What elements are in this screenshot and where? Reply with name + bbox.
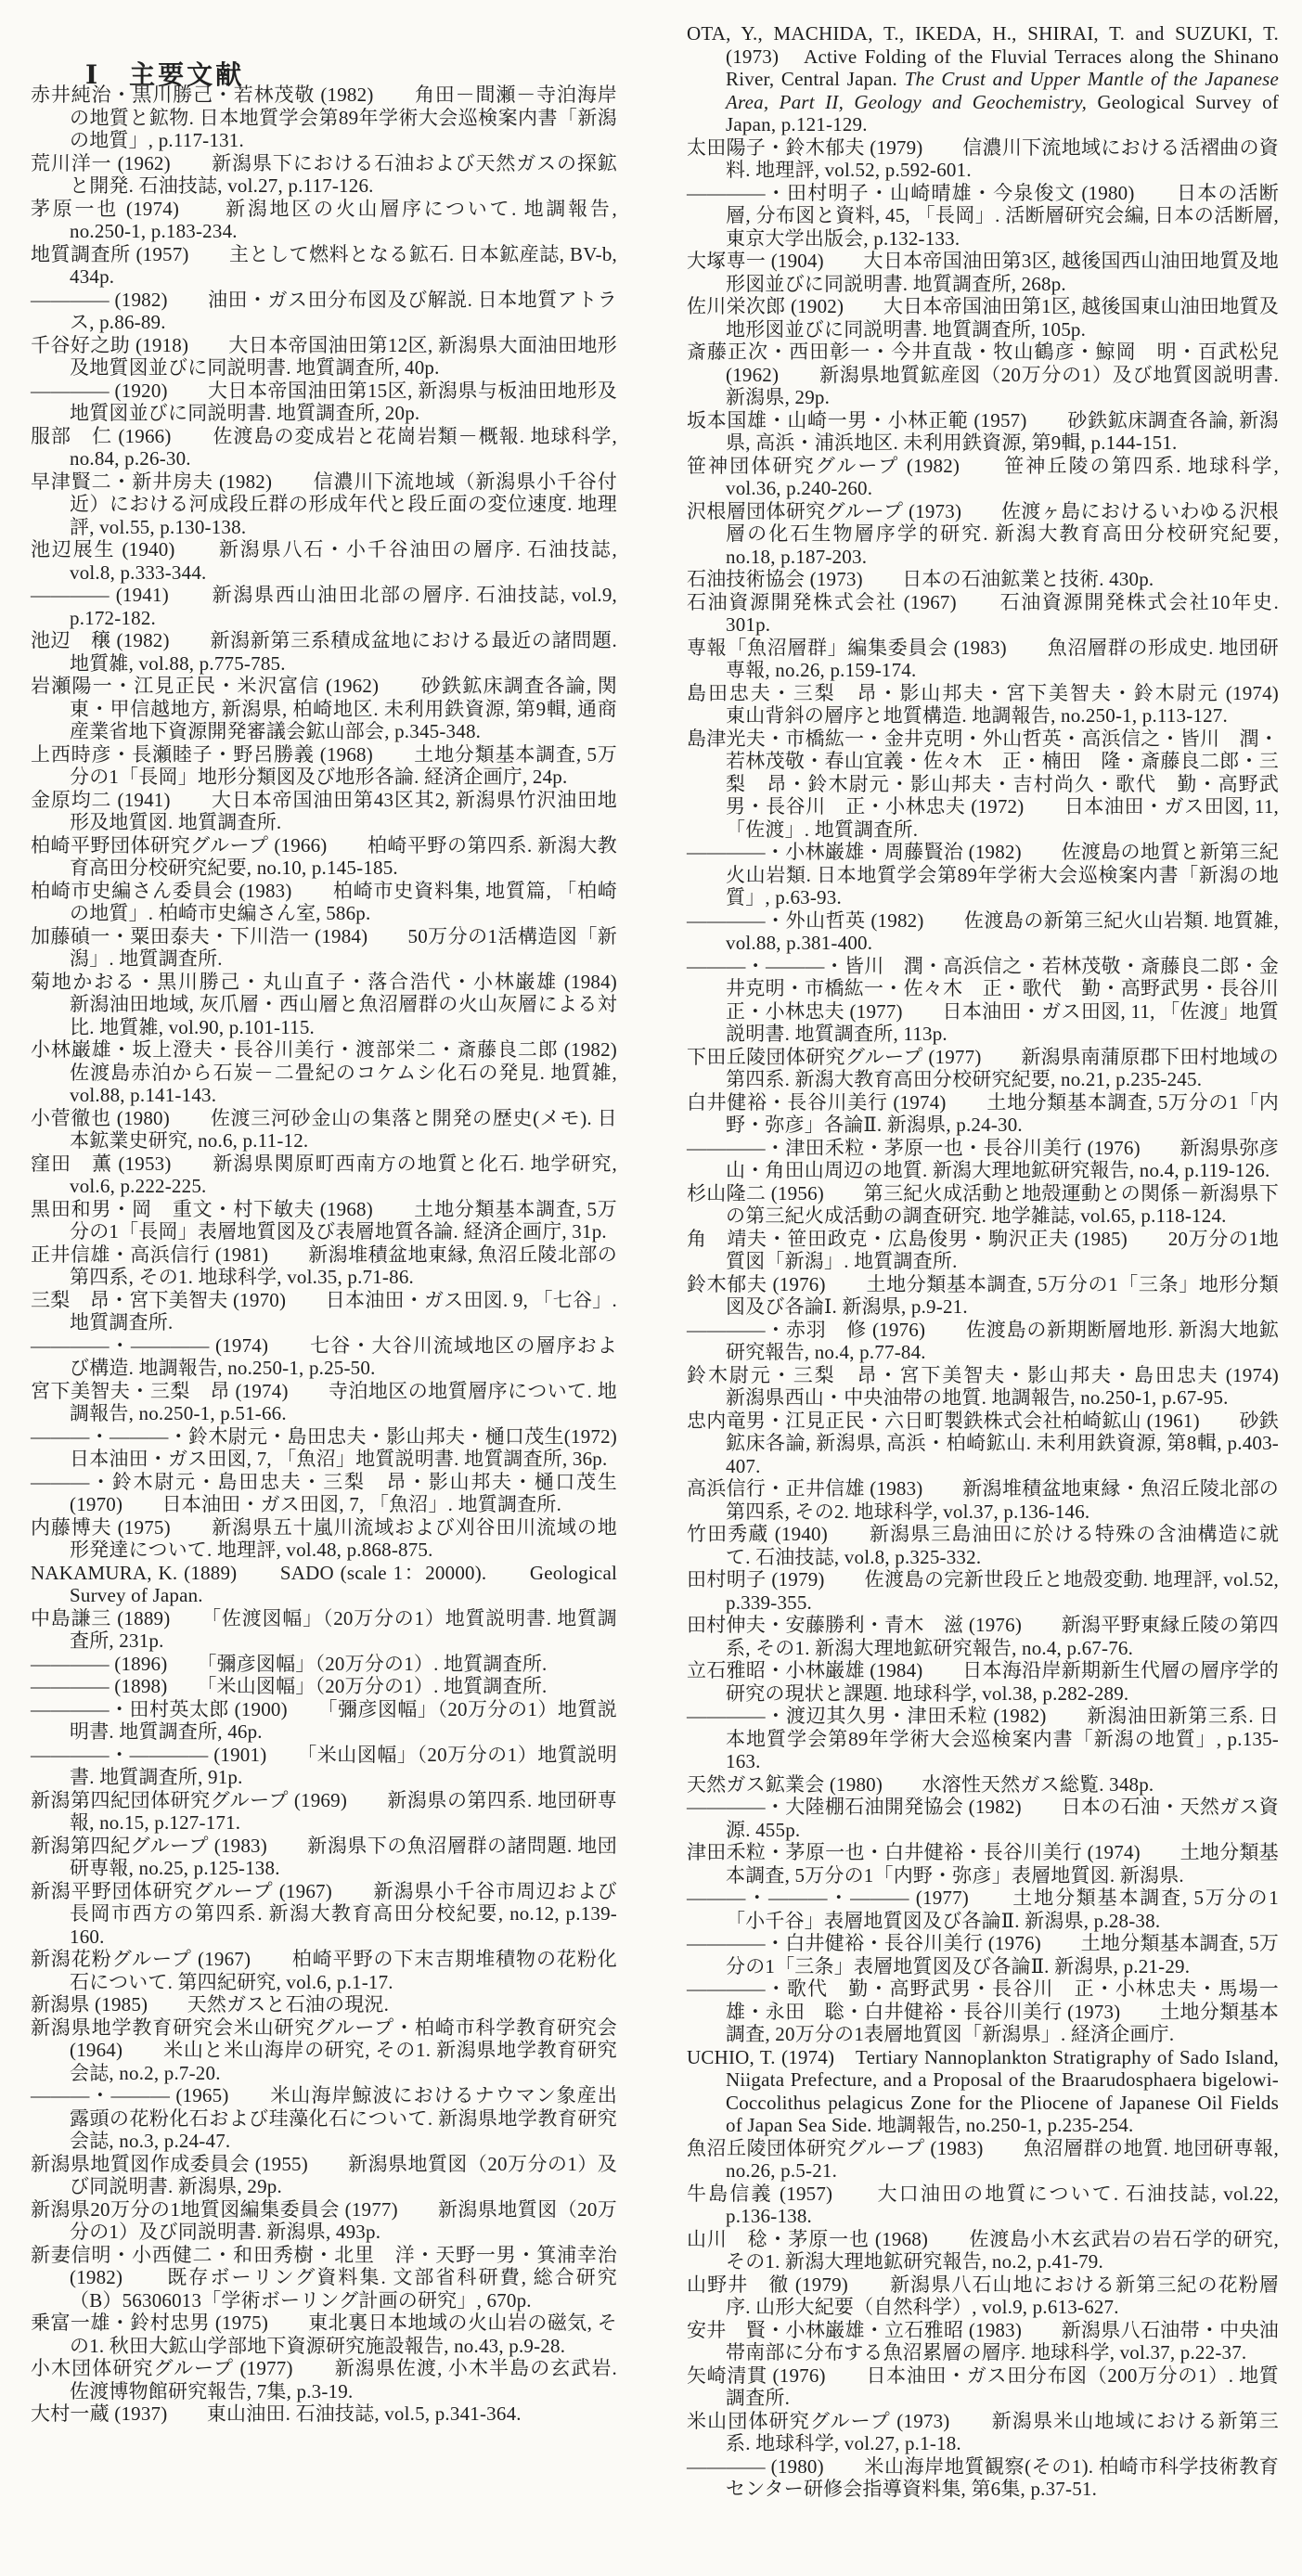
reference-text: 宮下美智夫・三梨 昂 (1974) 寺泊地区の地質層序について. 地調報告, n…: [31, 1380, 617, 1425]
reference-entry: 島田忠夫・三梨 昂・影山邦夫・宮下美智夫・鈴木尉元 (1974) 東山背斜の層序…: [687, 682, 1279, 728]
reference-text: 専報「魚沼層群」編集委員会 (1983) 魚沼層群の形成史. 地団研専報, no…: [687, 637, 1279, 682]
reference-entry: ―――― (1941) 新潟県西山油田北部の層序. 石油技誌, vol.9, p…: [31, 584, 617, 629]
reference-text: 田村伸夫・安藤勝利・青木 滋 (1976) 新潟平野東縁丘陵の第四系, その1.…: [687, 1614, 1279, 1659]
reference-text: ――――・田村英太郎 (1900) 「彌彦図幅」（20万分の1）地質説明書. 地…: [31, 1698, 617, 1744]
reference-entry: 津田禾粒・茅原一也・白井健裕・長谷川美行 (1974) 土地分類基本調査, 5万…: [687, 1841, 1279, 1887]
reference-text: ―――・―――・――― (1977) 土地分類基本調査, 5万分の1「小千谷」表…: [687, 1887, 1279, 1932]
reference-text: 菊地かおる・黒川勝己・丸山直子・落合浩代・小林巌雄 (1984) 新潟油田地域,…: [31, 971, 656, 1038]
reference-text: 加藤碵一・粟田泰夫・下川浩一 (1984) 50万分の1活構造図「新潟」. 地質…: [31, 925, 617, 971]
reference-entry: 大村一蔵 (1937) 東山油田. 石油技誌, vol.5, p.341-364…: [31, 2402, 617, 2426]
reference-entry: ―――・―――・鈴木尉元・島田忠夫・影山邦夫・樋口茂生(1972) 日本油田・ガ…: [31, 1425, 617, 1471]
reference-entry: 高浜信行・正井信雄 (1983) 新潟堆積盆地東縁・魚沼丘陵北部の第四系, その…: [687, 1477, 1279, 1523]
reference-text: 小菅徹也 (1980) 佐渡三河砂金山の集落と開発の歴史(メモ). 日本鉱業史研…: [31, 1107, 617, 1153]
reference-text: 地質調査所 (1957) 主として燃料となる鉱石. 日本鉱産誌, BV-b, 4…: [31, 243, 617, 289]
reference-text: 新潟県地学教育研究会米山研究グループ・柏崎市科学教育研究会(1964) 米山と米…: [31, 2016, 617, 2084]
reference-text: 新潟花粉グループ (1967) 柏崎平野の下末吉期堆積物の花粉化石について. 第…: [31, 1948, 617, 1993]
reference-entry: ―――― (1920) 大日本帝国油田第15区, 新潟県与板油田地形及地質図並び…: [31, 380, 617, 425]
reference-entry: 山野井 徹 (1979) 新潟県八石山地における新第三紀の花粉層序. 山形大紀要…: [687, 2273, 1279, 2319]
reference-entry: 新潟県20万分の1地質図編集委員会 (1977) 新潟県地質図（20万分の1）及…: [31, 2198, 617, 2244]
reference-entry: 新潟県 (1985) 天然ガスと石油の現況.: [31, 1993, 617, 2016]
references-left-column: 赤井純治・黒川勝己・若林茂敬 (1982) 角田－間瀬－寺泊海岸の地質と鉱物. …: [31, 84, 617, 2426]
reference-entry: 島津光夫・市橋紘一・金井克明・外山哲英・高浜信之・皆川 潤・若林茂敬・春山宜義・…: [687, 728, 1279, 842]
reference-entry: ――――・―――― (1901) 「米山図幅」（20万分の1）地質説明書. 地質…: [31, 1744, 617, 1789]
reference-entry: ―――― (1896) 「彌彦図幅」（20万分の1）. 地質調査所.: [31, 1653, 617, 1676]
reference-text: 牛島信義 (1957) 大口油田の地質について. 石油技誌, vol.22, p…: [687, 2183, 1279, 2228]
reference-entry: 新妻信明・小西健二・和田秀樹・北里 洋・天野一男・箕浦幸治(1982) 既存ボー…: [31, 2244, 617, 2312]
reference-text: 小林巌雄・坂上澄夫・長谷川美行・渡部栄二・斎藤良二郎 (1982) 佐渡島赤泊か…: [31, 1038, 656, 1106]
reference-text: 新潟県 (1985) 天然ガスと石油の現況.: [31, 1993, 389, 2016]
reference-text: 池辺展生 (1940) 新潟県八石・小千谷油田の層序. 石油技誌, vol.8,…: [31, 538, 617, 584]
reference-entry: 三梨 昂・宮下美智夫 (1970) 日本油田・ガス田図. 9, 「七谷」. 地質…: [31, 1289, 617, 1334]
reference-entry: 柏崎平野団体研究グループ (1966) 柏崎平野の第四系. 新潟大教育高田分校研…: [31, 834, 617, 880]
reference-text: 池辺 穣 (1982) 新潟新第三系積成盆地における最近の諸問題. 地質雑, v…: [31, 629, 617, 675]
reference-text: 高浜信行・正井信雄 (1983) 新潟堆積盆地東縁・魚沼丘陵北部の第四系, その…: [687, 1477, 1279, 1523]
reference-entry: 鈴木尉元・三梨 昂・宮下美智夫・影山邦夫・島田忠夫 (1974) 新潟県西山・中…: [687, 1364, 1279, 1410]
reference-text: ――――・渡辺其久男・津田禾粒 (1982) 新潟油田新第三系. 日本地質学会第…: [687, 1705, 1279, 1772]
references-right-column: OTA, Y., MACHIDA, T., IKEDA, H., SHIRAI,…: [687, 22, 1279, 2501]
reference-text: ―――― (1982) 油田・ガス田分布図及び解説. 日本地質アトラス, p.8…: [31, 289, 617, 334]
reference-entry: 立石雅昭・小林巌雄 (1984) 日本海沿岸新期新生代層の層序学的研究の現状と課…: [687, 1659, 1279, 1705]
reference-text: 山川 稔・茅原一也 (1968) 佐渡島小木玄武岩の岩石学的研究, その1. 新…: [687, 2228, 1279, 2273]
reference-entry: ―――― (1898) 「米山図幅」（20万分の1）. 地質調査所.: [31, 1675, 617, 1698]
reference-entry: 柏崎市史編さん委員会 (1983) 柏崎市史資料集, 地質篇, 「柏崎の地質」.…: [31, 880, 617, 925]
reference-entry: 荒川洋一 (1962) 新潟県下における石油および天然ガスの探鉱と開発. 石油技…: [31, 152, 617, 198]
reference-text: 坂本国雄・山崎一男・小林正範 (1957) 砂鉄鉱床調査各論, 新潟県, 高浜・…: [687, 409, 1279, 455]
reference-entry: 池辺 穣 (1982) 新潟新第三系積成盆地における最近の諸問題. 地質雑, v…: [31, 629, 617, 675]
reference-text: 正井信雄・高浜信行 (1981) 新潟堆積盆地東縁, 魚沼丘陵北部の第四系, そ…: [31, 1243, 617, 1289]
reference-entry: 専報「魚沼層群」編集委員会 (1983) 魚沼層群の形成史. 地団研専報, no…: [687, 637, 1279, 682]
reference-text: ―――― (1920) 大日本帝国油田第15区, 新潟県与板油田地形及地質図並び…: [31, 380, 617, 425]
reference-text: 岩瀬陽一・江見正民・米沢富信 (1962) 砂鉄鉱床調査各論, 関東・甲信越地方…: [31, 675, 617, 742]
reference-text: 米山団体研究グループ (1973) 新潟県米山地域における新第三系. 地球科学,…: [687, 2410, 1279, 2455]
reference-text: 石油資源開発株式会社 (1967) 石油資源開発株式会社10年史. 301p.: [687, 591, 1279, 637]
reference-entry: 山川 稔・茅原一也 (1968) 佐渡島小木玄武岩の岩石学的研究, その1. 新…: [687, 2228, 1279, 2273]
reference-entry: 太田陽子・鈴木郁夫 (1979) 信濃川下流地域における活褶曲の資料. 地理評,…: [687, 136, 1279, 182]
reference-entry: 宮下美智夫・三梨 昂 (1974) 寺泊地区の地質層序について. 地調報告, n…: [31, 1380, 617, 1425]
reference-entry: 米山団体研究グループ (1973) 新潟県米山地域における新第三系. 地球科学,…: [687, 2410, 1279, 2455]
reference-text: 魚沼丘陵団体研究グループ (1983) 魚沼層群の地質. 地団研専報, no.2…: [687, 2137, 1279, 2183]
reference-text: 石油技術協会 (1973) 日本の石油鉱業と技術. 430p.: [687, 568, 1154, 590]
reference-entry: 石油資源開発株式会社 (1967) 石油資源開発株式会社10年史. 301p.: [687, 591, 1279, 637]
reference-entry: 杉山隆二 (1956) 第三紀火成活動と地殻運動との関係－新潟県下の第三紀火成活…: [687, 1182, 1279, 1228]
reference-entry: ―――・鈴木尉元・島田忠夫・三梨 昂・影山邦夫・樋口茂生(1970) 日本油田・…: [31, 1471, 617, 1516]
reference-text: 斎藤正次・西田彰一・今井直哉・牧山鶴彦・鯨岡 明・百武松兒(1962) 新潟県地…: [687, 341, 1279, 408]
reference-entry: 白井健裕・長谷川美行 (1974) 土地分類基本調査, 5万分の1「内野・弥彦」…: [687, 1091, 1279, 1137]
reference-entry: 赤井純治・黒川勝己・若林茂敬 (1982) 角田－間瀬－寺泊海岸の地質と鉱物. …: [31, 84, 617, 152]
reference-text: ―――― (1980) 米山海岸地質観察(その1). 柏崎市科学技術教育センター…: [687, 2455, 1279, 2501]
reference-entry: 地質調査所 (1957) 主として燃料となる鉱石. 日本鉱産誌, BV-b, 4…: [31, 243, 617, 289]
reference-text: ―――・―――・皆川 潤・高浜信之・若林茂敬・斎藤良二郎・金井克明・市橋紘一・佐…: [687, 955, 1298, 1046]
reference-text: 服部 仁 (1966) 佐渡島の変成岩と花崗岩類－概報. 地球科学, no.84…: [31, 425, 617, 470]
reference-entry: 菊地かおる・黒川勝己・丸山直子・落合浩代・小林巌雄 (1984) 新潟油田地域,…: [31, 971, 617, 1039]
reference-text: 下田丘陵団体研究グループ (1977) 新潟県南蒲原郡下田村地域の第四系. 新潟…: [687, 1046, 1279, 1091]
reference-text: ――――・田村明子・山崎晴雄・今泉俊文 (1980) 日本の活断層, 分布図と資…: [687, 182, 1279, 250]
reference-text: 早津賢二・新井房夫 (1982) 信濃川下流地域（新潟県小千谷付近）における河成…: [31, 470, 617, 538]
reference-text: 白井健裕・長谷川美行 (1974) 土地分類基本調査, 5万分の1「内野・弥彦」…: [687, 1091, 1279, 1137]
reference-entry: NAKAMURA, K. (1889) SADO (scale 1：20000)…: [31, 1562, 617, 1607]
reference-text: 安井 賢・小林巌雄・立石雅昭 (1983) 新潟県八石油帯・中央油帯南部に分布す…: [687, 2319, 1279, 2364]
reference-entry: 上西時彦・長瀬睦子・野呂勝義 (1968) 土地分類基本調査, 5万分の1「長岡…: [31, 743, 617, 789]
reference-entry: 大塚専一 (1904) 大日本帝国油田第3区, 越後国西山油田地質及地形図並びに…: [687, 250, 1279, 295]
reference-text: 柏崎平野団体研究グループ (1966) 柏崎平野の第四系. 新潟大教育高田分校研…: [31, 834, 617, 880]
reference-text: UCHIO, T. (1974) Tertiary Nannoplankton …: [687, 2046, 1279, 2137]
reference-entry: 乗富一雄・鈴村忠男 (1975) 東北裏日本地域の火山岩の磁気, その1. 秋田…: [31, 2312, 617, 2357]
reference-text: ――――・―――― (1901) 「米山図幅」（20万分の1）地質説明書. 地質…: [31, 1744, 617, 1789]
reference-entry: 竹田秀蔵 (1940) 新潟県三島油田に於ける特殊の含油構造に就て. 石油技誌,…: [687, 1523, 1279, 1568]
bibliography-page: Ⅰ 主要文献 赤井純治・黒川勝己・若林茂敬 (1982) 角田－間瀬－寺泊海岸の…: [0, 0, 1302, 2576]
reference-entry: 池辺展生 (1940) 新潟県八石・小千谷油田の層序. 石油技誌, vol.8,…: [31, 538, 617, 584]
reference-text: ――――・津田禾粒・茅原一也・長谷川美行 (1976) 新潟県弥彦山・角田山周辺…: [687, 1137, 1279, 1182]
reference-entry: ――――・田村明子・山崎晴雄・今泉俊文 (1980) 日本の活断層, 分布図と資…: [687, 182, 1279, 251]
reference-entry: UCHIO, T. (1974) Tertiary Nannoplankton …: [687, 2046, 1279, 2137]
reference-text: ――――・小林巌雄・周藤賢治 (1982) 佐渡島の地質と新第三紀火山岩類. 日…: [687, 841, 1279, 908]
reference-entry: 正井信雄・高浜信行 (1981) 新潟堆積盆地東縁, 魚沼丘陵北部の第四系, そ…: [31, 1243, 617, 1289]
reference-entry: 忠内竜男・江見正民・六日町製鉄株式会社柏崎鉱山 (1961) 砂鉄鉱床各論, 新…: [687, 1410, 1279, 1478]
reference-text: 黒田和男・岡 重文・村下敏夫 (1968) 土地分類基本調査, 5万分の1「長岡…: [31, 1198, 617, 1243]
reference-text: 立石雅昭・小林巌雄 (1984) 日本海沿岸新期新生代層の層序学的研究の現状と課…: [687, 1659, 1279, 1705]
reference-text: 茅原一也 (1974) 新潟地区の火山層序について. 地調報告, no.250-…: [31, 198, 617, 243]
reference-text: 新妻信明・小西健二・和田秀樹・北里 洋・天野一男・箕浦幸治(1982) 既存ボー…: [31, 2244, 617, 2312]
reference-text: 忠内竜男・江見正民・六日町製鉄株式会社柏崎鉱山 (1961) 砂鉄鉱床各論, 新…: [687, 1410, 1279, 1477]
reference-entry: 新潟平野団体研究グループ (1967) 新潟県小千谷市周辺および長岡市西方の第四…: [31, 1880, 617, 1949]
reference-text: 赤井純治・黒川勝己・若林茂敬 (1982) 角田－間瀬－寺泊海岸の地質と鉱物. …: [31, 84, 617, 151]
reference-text: ――――・歌代 勤・高野武男・長谷川 正・小林忠夫・馬場一雄・永田 聡・白井健裕…: [687, 1977, 1279, 2045]
reference-entry: 鈴木郁夫 (1976) 土地分類基本調査, 5万分の1「三条」地形分類図及び各論…: [687, 1273, 1279, 1319]
reference-entry: ――――・大陸棚石油開発協会 (1982) 日本の石油・天然ガス資源. 455p…: [687, 1796, 1279, 1841]
reference-entry: 新潟第四紀団体研究グループ (1969) 新潟県の第四系. 地団研専報, no.…: [31, 1789, 617, 1835]
reference-text: 笹神団体研究グループ (1982) 笹神丘陵の第四系. 地球科学, vol.36…: [687, 455, 1279, 500]
reference-text: 金原均二 (1941) 大日本帝国油田第43区其2, 新潟県竹沢油田地形及地質図…: [31, 789, 617, 834]
reference-text: ―――― (1898) 「米山図幅」（20万分の1）. 地質調査所.: [31, 1675, 548, 1697]
reference-text: 田村明子 (1979) 佐渡島の完新世段丘と地殻変動. 地理評, vol.52,…: [687, 1568, 1279, 1614]
reference-entry: ―――― (1982) 油田・ガス田分布図及び解説. 日本地質アトラス, p.8…: [31, 289, 617, 334]
reference-entry: ――――・赤羽 修 (1976) 佐渡島の新期断層地形. 新潟大地鉱研究報告, …: [687, 1319, 1279, 1364]
reference-text: 新潟第四紀グループ (1983) 新潟県下の魚沼層群の諸問題. 地団研専報, n…: [31, 1835, 617, 1880]
reference-text: 沢根層団体研究グループ (1973) 佐渡ヶ島におけるいわゆる沢根層の化石生物層…: [687, 500, 1279, 568]
reference-entry: 茅原一也 (1974) 新潟地区の火山層序について. 地調報告, no.250-…: [31, 198, 617, 243]
reference-entry: OTA, Y., MACHIDA, T., IKEDA, H., SHIRAI,…: [687, 22, 1279, 136]
reference-entry: 早津賢二・新井房夫 (1982) 信濃川下流地域（新潟県小千谷付近）における河成…: [31, 470, 617, 539]
reference-entry: 安井 賢・小林巌雄・立石雅昭 (1983) 新潟県八石油帯・中央油帯南部に分布す…: [687, 2319, 1279, 2364]
reference-text: 千谷好之助 (1918) 大日本帝国油田第12区, 新潟県大面油田地形及地質図並…: [31, 334, 617, 380]
reference-entry: 服部 仁 (1966) 佐渡島の変成岩と花崗岩類－概報. 地球科学, no.84…: [31, 425, 617, 470]
reference-text: ―――― (1896) 「彌彦図幅」（20万分の1）. 地質調査所.: [31, 1653, 548, 1675]
reference-text: ―――・鈴木尉元・島田忠夫・三梨 昂・影山邦夫・樋口茂生(1970) 日本油田・…: [31, 1471, 617, 1516]
reference-entry: ――――・外山哲英 (1982) 佐渡島の新第三紀火山岩類. 地質雑, vol.…: [687, 909, 1279, 955]
reference-entry: 矢崎清貫 (1976) 日本油田・ガス田分布図（200万分の1）. 地質調査所.: [687, 2364, 1279, 2410]
reference-entry: ――――・津田禾粒・茅原一也・長谷川美行 (1976) 新潟県弥彦山・角田山周辺…: [687, 1137, 1279, 1182]
reference-entry: 新潟県地学教育研究会米山研究グループ・柏崎市科学教育研究会(1964) 米山と米…: [31, 2016, 617, 2085]
reference-text: NAKAMURA, K. (1889) SADO (scale 1：20000)…: [31, 1562, 617, 1607]
reference-entry: ――――・小林巌雄・周藤賢治 (1982) 佐渡島の地質と新第三紀火山岩類. 日…: [687, 841, 1279, 909]
reference-text: 乗富一雄・鈴村忠男 (1975) 東北裏日本地域の火山岩の磁気, その1. 秋田…: [31, 2312, 617, 2357]
reference-text: 新潟第四紀団体研究グループ (1969) 新潟県の第四系. 地団研専報, no.…: [31, 1789, 617, 1835]
reference-entry: 沢根層団体研究グループ (1973) 佐渡ヶ島におけるいわゆる沢根層の化石生物層…: [687, 500, 1279, 569]
reference-entry: 窪田 薫 (1953) 新潟県関原町西南方の地質と化石. 地学研究, vol.6…: [31, 1153, 617, 1198]
reference-entry: ――――・歌代 勤・高野武男・長谷川 正・小林忠夫・馬場一雄・永田 聡・白井健裕…: [687, 1977, 1279, 2046]
reference-entry: 岩瀬陽一・江見正民・米沢富信 (1962) 砂鉄鉱床調査各論, 関東・甲信越地方…: [31, 675, 617, 743]
reference-entry: 牛島信義 (1957) 大口油田の地質について. 石油技誌, vol.22, p…: [687, 2183, 1279, 2228]
reference-entry: 新潟第四紀グループ (1983) 新潟県下の魚沼層群の諸問題. 地団研専報, n…: [31, 1835, 617, 1880]
reference-entry: 金原均二 (1941) 大日本帝国油田第43区其2, 新潟県竹沢油田地形及地質図…: [31, 789, 617, 834]
reference-entry: 千谷好之助 (1918) 大日本帝国油田第12区, 新潟県大面油田地形及地質図並…: [31, 334, 617, 380]
reference-entry: 新潟県地質図作成委員会 (1955) 新潟県地質図（20万分の1）及び同説明書.…: [31, 2153, 617, 2198]
reference-text: 鈴木郁夫 (1976) 土地分類基本調査, 5万分の1「三条」地形分類図及び各論…: [687, 1273, 1279, 1319]
reference-text: 島津光夫・市橋紘一・金井克明・外山哲英・高浜信之・皆川 潤・若林茂敬・春山宜義・…: [687, 728, 1279, 841]
reference-text: 上西時彦・長瀬睦子・野呂勝義 (1968) 土地分類基本調査, 5万分の1「長岡…: [31, 743, 617, 789]
reference-entry: 石油技術協会 (1973) 日本の石油鉱業と技術. 430p.: [687, 568, 1279, 591]
reference-text: 三梨 昂・宮下美智夫 (1970) 日本油田・ガス田図. 9, 「七谷」. 地質…: [31, 1289, 617, 1334]
reference-entry: 天然ガス鉱業会 (1980) 水溶性天然ガス総覧. 348p.: [687, 1773, 1279, 1797]
reference-entry: 新潟花粉グループ (1967) 柏崎平野の下末吉期堆積物の花粉化石について. 第…: [31, 1948, 617, 1993]
reference-entry: ――――・白井健裕・長谷川美行 (1976) 土地分類基本調査, 5万分の1「三…: [687, 1932, 1279, 1977]
reference-entry: 小菅徹也 (1980) 佐渡三河砂金山の集落と開発の歴史(メモ). 日本鉱業史研…: [31, 1107, 617, 1153]
reference-text: 山野井 徹 (1979) 新潟県八石山地における新第三紀の花粉層序. 山形大紀要…: [687, 2273, 1279, 2319]
reference-text: ―――・――― (1965) 米山海岸鯨波におけるナウマン象産出露頭の花粉化石お…: [31, 2084, 617, 2152]
reference-text: 中島謙三 (1889) 「佐渡図幅」（20万分の1）地質説明書. 地質調査所, …: [31, 1607, 617, 1653]
reference-entry: ――――・渡辺其久男・津田禾粒 (1982) 新潟油田新第三系. 日本地質学会第…: [687, 1705, 1279, 1773]
reference-text: 太田陽子・鈴木郁夫 (1979) 信濃川下流地域における活褶曲の資料. 地理評,…: [687, 136, 1279, 182]
reference-entry: 佐川栄次郎 (1902) 大日本帝国油田第1区, 越後国東山油田地質及地形図並び…: [687, 295, 1279, 341]
reference-text: ――――・外山哲英 (1982) 佐渡島の新第三紀火山岩類. 地質雑, vol.…: [687, 909, 1279, 955]
reference-text: 窪田 薫 (1953) 新潟県関原町西南方の地質と化石. 地学研究, vol.6…: [31, 1153, 617, 1198]
reference-text: 鈴木尉元・三梨 昂・宮下美智夫・影山邦夫・島田忠夫 (1974) 新潟県西山・中…: [687, 1364, 1302, 1410]
reference-text: 新潟平野団体研究グループ (1967) 新潟県小千谷市周辺および長岡市西方の第四…: [31, 1880, 617, 1948]
reference-entry: 黒田和男・岡 重文・村下敏夫 (1968) 土地分類基本調査, 5万分の1「長岡…: [31, 1198, 617, 1243]
reference-entry: 魚沼丘陵団体研究グループ (1983) 魚沼層群の地質. 地団研専報, no.2…: [687, 2137, 1279, 2183]
reference-entry: ――――・田村英太郎 (1900) 「彌彦図幅」（20万分の1）地質説明書. 地…: [31, 1698, 617, 1744]
reference-text: ――――・赤羽 修 (1976) 佐渡島の新期断層地形. 新潟大地鉱研究報告, …: [687, 1319, 1279, 1364]
reference-text: ――――・―――― (1974) 七谷・大谷川流域地区の層序および構造. 地調報…: [31, 1334, 617, 1380]
reference-entry: 斎藤正次・西田彰一・今井直哉・牧山鶴彦・鯨岡 明・百武松兒(1962) 新潟県地…: [687, 341, 1279, 409]
reference-entry: 笹神団体研究グループ (1982) 笹神丘陵の第四系. 地球科学, vol.36…: [687, 455, 1279, 500]
reference-entry: ―――― (1980) 米山海岸地質観察(その1). 柏崎市科学技術教育センター…: [687, 2455, 1279, 2501]
reference-text: ―――― (1941) 新潟県西山油田北部の層序. 石油技誌, vol.9, p…: [31, 584, 617, 629]
reference-text: 柏崎市史編さん委員会 (1983) 柏崎市史資料集, 地質篇, 「柏崎の地質」.…: [31, 880, 617, 925]
reference-text: 荒川洋一 (1962) 新潟県下における石油および天然ガスの探鉱と開発. 石油技…: [31, 152, 617, 198]
reference-text: ――――・大陸棚石油開発協会 (1982) 日本の石油・天然ガス資源. 455p…: [687, 1796, 1279, 1841]
reference-text: ―――・―――・鈴木尉元・島田忠夫・影山邦夫・樋口茂生(1972) 日本油田・ガ…: [31, 1425, 656, 1471]
reference-text: 杉山隆二 (1956) 第三紀火成活動と地殻運動との関係－新潟県下の第三紀火成活…: [687, 1182, 1279, 1228]
reference-text: 大塚専一 (1904) 大日本帝国油田第3区, 越後国西山油田地質及地形図並びに…: [687, 250, 1279, 295]
reference-text: 島田忠夫・三梨 昂・影山邦夫・宮下美智夫・鈴木尉元 (1974) 東山背斜の層序…: [687, 682, 1302, 728]
reference-text: 内藤博夫 (1975) 新潟県五十嵐川流域および刈谷田川流域の地形発達について.…: [31, 1516, 617, 1562]
reference-entry: ――――・―――― (1974) 七谷・大谷川流域地区の層序および構造. 地調報…: [31, 1334, 617, 1380]
reference-entry: 下田丘陵団体研究グループ (1977) 新潟県南蒲原郡下田村地域の第四系. 新潟…: [687, 1046, 1279, 1091]
reference-entry: 加藤碵一・粟田泰夫・下川浩一 (1984) 50万分の1活構造図「新潟」. 地質…: [31, 925, 617, 971]
reference-entry: 内藤博夫 (1975) 新潟県五十嵐川流域および刈谷田川流域の地形発達について.…: [31, 1516, 617, 1562]
reference-text: ――――・白井健裕・長谷川美行 (1976) 土地分類基本調査, 5万分の1「三…: [687, 1932, 1279, 1977]
reference-entry: 坂本国雄・山崎一男・小林正範 (1957) 砂鉄鉱床調査各論, 新潟県, 高浜・…: [687, 409, 1279, 455]
reference-text: 新潟県20万分の1地質図編集委員会 (1977) 新潟県地質図（20万分の1）及…: [31, 2198, 617, 2244]
reference-text: 大村一蔵 (1937) 東山油田. 石油技誌, vol.5, p.341-364…: [31, 2402, 522, 2425]
reference-text: 角 靖夫・笹田政克・広島俊男・駒沢正夫 (1985) 20万分の1地質図「新潟」…: [687, 1228, 1279, 1273]
reference-entry: 田村伸夫・安藤勝利・青木 滋 (1976) 新潟平野東縁丘陵の第四系, その1.…: [687, 1614, 1279, 1659]
reference-entry: 小木団体研究グループ (1977) 新潟県佐渡, 小木半島の玄武岩. 佐渡博物館…: [31, 2357, 617, 2402]
reference-entry: 中島謙三 (1889) 「佐渡図幅」（20万分の1）地質説明書. 地質調査所, …: [31, 1607, 617, 1653]
reference-text: 竹田秀蔵 (1940) 新潟県三島油田に於ける特殊の含油構造に就て. 石油技誌,…: [687, 1523, 1279, 1568]
reference-entry: ―――・――― (1965) 米山海岸鯨波におけるナウマン象産出露頭の花粉化石お…: [31, 2084, 617, 2153]
reference-text: 津田禾粒・茅原一也・白井健裕・長谷川美行 (1974) 土地分類基本調査, 5万…: [687, 1841, 1279, 1887]
reference-entry: 田村明子 (1979) 佐渡島の完新世段丘と地殻変動. 地理評, vol.52,…: [687, 1568, 1279, 1614]
reference-text: 佐川栄次郎 (1902) 大日本帝国油田第1区, 越後国東山油田地質及地形図並び…: [687, 295, 1279, 341]
reference-entry: 小林巌雄・坂上澄夫・長谷川美行・渡部栄二・斎藤良二郎 (1982) 佐渡島赤泊か…: [31, 1038, 617, 1107]
reference-text: 矢崎清貫 (1976) 日本油田・ガス田分布図（200万分の1）. 地質調査所.: [687, 2364, 1279, 2410]
reference-text: 天然ガス鉱業会 (1980) 水溶性天然ガス総覧. 348p.: [687, 1773, 1154, 1796]
reference-entry: ―――・―――・――― (1977) 土地分類基本調査, 5万分の1「小千谷」表…: [687, 1887, 1279, 1932]
reference-entry: ―――・―――・皆川 潤・高浜信之・若林茂敬・斎藤良二郎・金井克明・市橋紘一・佐…: [687, 955, 1279, 1046]
reference-entry: 角 靖夫・笹田政克・広島俊男・駒沢正夫 (1985) 20万分の1地質図「新潟」…: [687, 1228, 1279, 1273]
reference-text: 新潟県地質図作成委員会 (1955) 新潟県地質図（20万分の1）及び同説明書.…: [31, 2153, 617, 2198]
reference-text: 小木団体研究グループ (1977) 新潟県佐渡, 小木半島の玄武岩. 佐渡博物館…: [31, 2357, 617, 2402]
